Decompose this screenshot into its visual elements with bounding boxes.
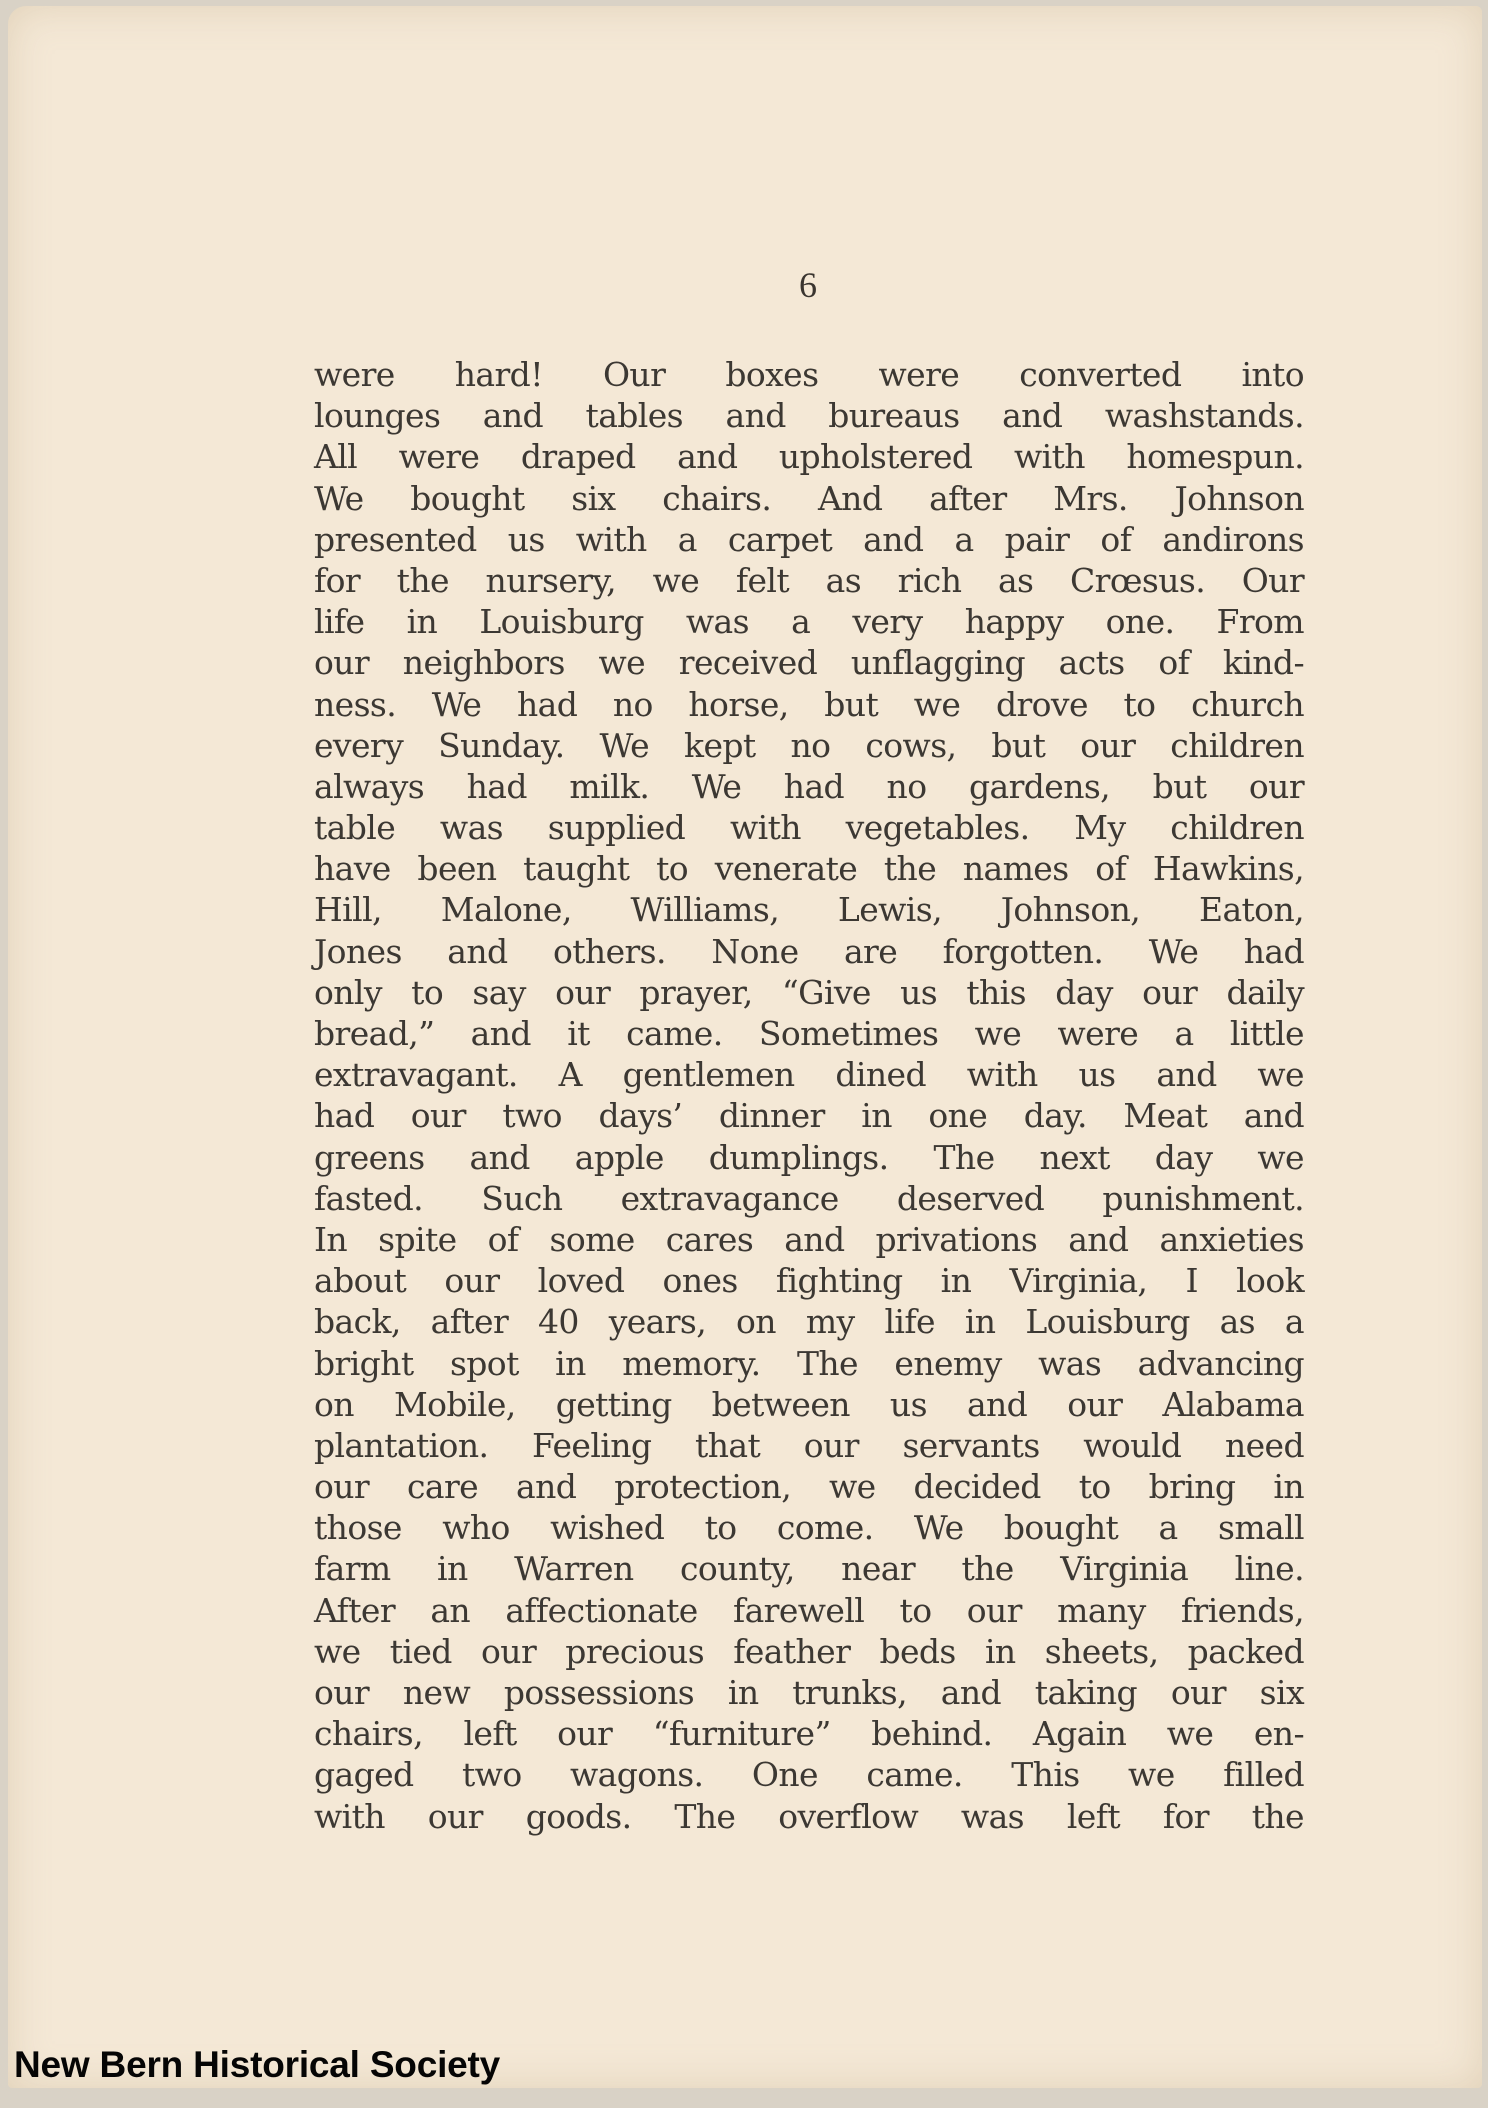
text-line: have been taught to venerate the names o… (314, 848, 1304, 889)
text-line: plantation. Feeling that our servants wo… (314, 1425, 1304, 1466)
text-line: life in Louisburg was a very happy one. … (314, 601, 1304, 642)
text-line: ness. We had no horse, but we drove to c… (314, 684, 1304, 725)
text-line: always had milk. We had no gardens, but … (314, 766, 1304, 807)
text-line: about our loved ones fighting in Virgini… (314, 1260, 1304, 1301)
text-line: extravagant. A gentlemen dined with us a… (314, 1054, 1304, 1095)
text-line: were hard! Our boxes were converted into (314, 354, 1304, 395)
text-line: fasted. Such extravagance deserved punis… (314, 1178, 1304, 1219)
text-line: lounges and tables and bureaus and washs… (314, 395, 1304, 436)
text-line: we tied our precious feather beds in she… (314, 1631, 1304, 1672)
text-line: for the nursery, we felt as rich as Crœs… (314, 560, 1304, 601)
text-line: farm in Warren county, near the Virginia… (314, 1548, 1304, 1589)
watermark-label: New Bern Historical Society (14, 2044, 500, 2086)
text-line: with our goods. The overflow was left fo… (314, 1796, 1304, 1837)
text-line: back, after 40 years, on my life in Loui… (314, 1301, 1304, 1342)
text-line: bright spot in memory. The enemy was adv… (314, 1343, 1304, 1384)
text-line: chairs, left our “furniture” behind. Aga… (314, 1713, 1304, 1754)
text-line: only to say our prayer, “Give us this da… (314, 972, 1304, 1013)
text-line: greens and apple dumplings. The next day… (314, 1137, 1304, 1178)
text-line: Jones and others. None are forgotten. We… (314, 931, 1304, 972)
text-line: All were draped and upholstered with hom… (314, 436, 1304, 477)
text-line: table was supplied with vegetables. My c… (314, 807, 1304, 848)
text-line: our neighbors we received unflagging act… (314, 642, 1304, 683)
scanned-page: 6 were hard! Our boxes were converted in… (8, 6, 1482, 2088)
text-line: our care and protection, we decided to b… (314, 1466, 1304, 1507)
text-line: those who wished to come. We bought a sm… (314, 1507, 1304, 1548)
text-line: Hill, Malone, Williams, Lewis, Johnson, … (314, 889, 1304, 930)
text-line: our new possessions in trunks, and takin… (314, 1672, 1304, 1713)
text-line: bread,” and it came. Sometimes we were a… (314, 1013, 1304, 1054)
body-text: were hard! Our boxes were converted into… (314, 354, 1304, 1837)
text-line: on Mobile, getting between us and our Al… (314, 1384, 1304, 1425)
text-line: gaged two wagons. One came. This we fill… (314, 1754, 1304, 1795)
page-number: 6 (8, 264, 1488, 306)
text-line: In spite of some cares and privations an… (314, 1219, 1304, 1260)
text-line: had our two days’ dinner in one day. Mea… (314, 1095, 1304, 1136)
text-line: presented us with a carpet and a pair of… (314, 519, 1304, 560)
text-line: We bought six chairs. And after Mrs. Joh… (314, 478, 1304, 519)
text-line: every Sunday. We kept no cows, but our c… (314, 725, 1304, 766)
text-line: After an affectionate farewell to our ma… (314, 1590, 1304, 1631)
